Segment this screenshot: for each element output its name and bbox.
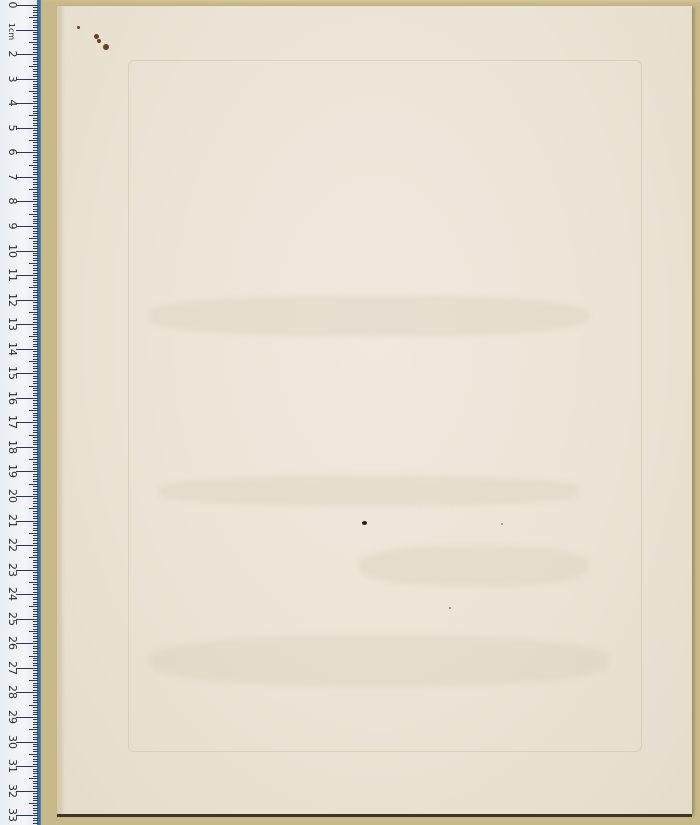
ruler-tick [33,820,38,821]
ruler-tick [33,663,38,664]
ruler-tick [29,680,38,681]
ruler-tick [33,285,38,286]
ruler-label: 13 [5,313,19,335]
ruler-tick [33,57,38,58]
ruler-tick [33,710,38,711]
ruler-tick [33,773,38,774]
ruler-tick [33,449,38,450]
ruler-tick [33,400,38,401]
ruler-label: 4 [5,92,19,114]
ruler-tick [33,27,38,28]
ruler-tick [29,656,38,657]
ruler-tick [33,268,38,269]
ruler-tick [16,79,38,80]
ruler-tick [33,290,38,291]
ruler-tick [16,766,38,767]
ruler-tick [33,206,38,207]
ruler-tick [33,305,38,306]
ruler-tick [33,302,38,303]
ruler-tick [33,793,38,794]
ruler-tick [33,10,38,11]
ruler-tick [33,292,38,293]
ruler-tick [29,287,38,288]
ruler-tick [33,84,38,85]
ruler-tick [29,91,38,92]
ruler-tick [16,717,38,718]
ruler-tick [33,314,38,315]
ruler-tick [16,5,38,6]
ruler-tick [33,430,38,431]
ruler-tick [33,501,38,502]
ruler-tick [29,214,38,215]
ruler-tick [33,253,38,254]
ruler-tick [33,157,38,158]
ruler-tick [33,722,38,723]
ruler-tick [33,236,38,237]
ruler-tick [33,572,38,573]
ruler-label: 2 [5,43,19,65]
ruler-label: 25 [5,608,19,630]
ruler-tick [33,243,38,244]
ruler-tick [33,138,38,139]
ruler-tick [33,216,38,217]
ruler-tick [33,732,38,733]
ruler-tick [29,803,38,804]
ruler-tick [33,415,38,416]
ruler-tick [33,366,38,367]
ruler-tick [33,61,38,62]
ruler-tick [33,64,38,65]
ruler-tick [33,246,38,247]
ruler-tick [33,611,38,612]
ruler-tick [33,746,38,747]
show-through-band [359,546,589,586]
measuring-ruler: 1cm 023456789101112131415161718192021222… [0,0,41,825]
ruler-tick [33,700,38,701]
ruler-tick [33,174,38,175]
ruler-tick [33,584,38,585]
ruler-tick [33,589,38,590]
ruler-label: 17 [5,411,19,433]
ruler-tick [16,251,38,252]
show-through-band [149,636,609,686]
ruler-tick [29,115,38,116]
ruler-tick [33,258,38,259]
ruler-tick [33,474,38,475]
ruler-tick [33,579,38,580]
ruler-tick [33,454,38,455]
ruler-tick [33,587,38,588]
ruler-tick [33,503,38,504]
ruler-tick [33,317,38,318]
ruler-tick [29,386,38,387]
ruler-tick [33,489,38,490]
ruler-label: 18 [5,436,19,458]
ruler-tick [33,346,38,347]
ruler-tick [33,219,38,220]
ruler-tick [33,334,38,335]
ruler-tick [33,344,38,345]
ruler-tick [16,668,38,669]
ruler-tick [33,651,38,652]
ruler-tick [33,565,38,566]
ruler-tick [29,533,38,534]
ruler-tick [33,658,38,659]
ruler-tick [33,34,38,35]
ruler-tick [33,629,38,630]
ruler-tick [33,22,38,23]
ruler-tick [33,673,38,674]
ruler-tick [33,405,38,406]
ruler-label: 29 [5,706,19,728]
ruler-label: 31 [5,755,19,777]
ruler-tick [33,525,38,526]
ruler-tick [33,776,38,777]
ruler-tick [33,727,38,728]
ruler-tick [33,278,38,279]
ruler-tick [33,376,38,377]
ruler-tick [33,690,38,691]
ruler-tick [33,535,38,536]
ruler-tick [33,626,38,627]
ruler-tick [33,513,38,514]
ruler-tick [33,695,38,696]
ruler-tick [33,818,38,819]
ruler-label: 12 [5,289,19,311]
ruler-tick [33,771,38,772]
ruler-tick [33,616,38,617]
ruler-tick [29,557,38,558]
ruler-tick [33,786,38,787]
ruler-tick [33,123,38,124]
ruler-tick [33,147,38,148]
ruler-tick [33,408,38,409]
ruler-tick [33,359,38,360]
ruler-tick [33,98,38,99]
ruler-tick [33,648,38,649]
paper-sheet [57,6,692,814]
ruler-tick [33,356,38,357]
ruler-tick [16,496,38,497]
ruler-tick [29,312,38,313]
ruler-tick [33,621,38,622]
ruler-tick [33,759,38,760]
ruler-tick [33,665,38,666]
ruler-tick [33,653,38,654]
ruler-tick [33,179,38,180]
ruler-tick [33,602,38,603]
ruler-label: 32 [5,780,19,802]
ruler-tick [33,636,38,637]
ruler-tick [33,118,38,119]
ruler-tick [33,248,38,249]
ruler-tick [33,329,38,330]
ruler-label: 0 [5,0,19,16]
ruler-tick [33,469,38,470]
ruler-tick [33,575,38,576]
ruler-label: 22 [5,534,19,556]
ruler-label: 14 [5,338,19,360]
ruler-tick [33,678,38,679]
ruler-tick [33,808,38,809]
ruler-tick [33,209,38,210]
ruler-tick [29,582,38,583]
ink-speck [501,523,503,525]
ruler-tick [33,788,38,789]
ruler-tick [33,523,38,524]
ruler-tick [33,145,38,146]
ruler-tick [16,324,38,325]
ruler-tick [33,599,38,600]
ruler-tick [16,545,38,546]
ruler-tick [16,619,38,620]
ruler-tick [33,467,38,468]
ruler-tick [33,813,38,814]
ruler-tick [16,226,38,227]
ruler-tick [16,275,38,276]
ruler-tick [33,231,38,232]
ruler-tick [33,255,38,256]
foxing-spot [103,44,109,50]
ruler-tick [29,263,38,264]
ruler-tick [33,783,38,784]
show-through-band [159,476,579,506]
ruler-tick [29,729,38,730]
ruler-tick [33,204,38,205]
ruler-label: 27 [5,657,19,679]
ruler-tick [33,592,38,593]
ruler-tick [33,457,38,458]
ruler-tick [33,74,38,75]
ruler-tick [33,172,38,173]
ruler-tick [33,427,38,428]
ruler-tick [33,196,38,197]
ruler-tick [33,309,38,310]
ruler-label: 21 [5,510,19,532]
ruler-tick [33,211,38,212]
ruler-label: 28 [5,681,19,703]
ruler-tick [33,59,38,60]
ruler-tick [33,670,38,671]
ruler-tick [33,403,38,404]
ruler-tick [16,177,38,178]
ruler-tick [33,32,38,33]
ruler-tick [33,327,38,328]
ruler-label: 24 [5,583,19,605]
ruler-tick [33,506,38,507]
ruler-tick [33,660,38,661]
ruler-tick [33,393,38,394]
ruler-tick [16,373,38,374]
ruler-tick [33,597,38,598]
ruler-tick [33,354,38,355]
ruler-tick [33,86,38,87]
ruler-tick [33,567,38,568]
ruler-tick [33,707,38,708]
ruler-tick [33,494,38,495]
ruler-tick [33,319,38,320]
ruler-label: 7 [5,166,19,188]
ruler-label: 33 [5,804,19,825]
ruler-tick [16,692,38,693]
ruler-tick [33,199,38,200]
ruler-tick [33,481,38,482]
ruler-tick [33,233,38,234]
ruler-tick [33,756,38,757]
ruler-tick [33,282,38,283]
ruler-tick [29,336,38,337]
ruler-tick [33,108,38,109]
ruler-tick [33,548,38,549]
ruler-tick [16,447,38,448]
ruler-tick [33,562,38,563]
ruler-tick [33,363,38,364]
ruler-tick [29,17,38,18]
ruler-tick [33,192,38,193]
ruler-tick [33,420,38,421]
ruler-tick [33,378,38,379]
ruler-tick [33,160,38,161]
ruler-tick [33,113,38,114]
ruler-tick [33,307,38,308]
ruler-tick [16,422,38,423]
ruler-tick [33,7,38,8]
ruler-tick [33,764,38,765]
ink-speck [362,521,367,525]
ruler-tick [33,498,38,499]
ruler-tick [33,444,38,445]
ruler-tick [33,675,38,676]
ruler-tick [33,395,38,396]
ruler-tick [29,459,38,460]
ruler-tick [33,462,38,463]
ruler-tick [33,130,38,131]
ruler-tick [16,594,38,595]
ruler-tick [33,769,38,770]
ruler-tick [33,440,38,441]
ruler-tick [33,437,38,438]
ruler-tick [33,737,38,738]
ruler-tick [33,609,38,610]
ruler-tick [16,521,38,522]
ruler-label: 30 [5,731,19,753]
ruler-tick [33,719,38,720]
ruler-tick [33,81,38,82]
ruler-tick [33,646,38,647]
ruler-tick [33,381,38,382]
ruler-tick [33,734,38,735]
ruler-tick [33,641,38,642]
ruler-tick [33,49,38,50]
ruler-tick [33,452,38,453]
ruler-label: 20 [5,485,19,507]
ruler-tick [33,796,38,797]
foxing-spot [97,39,101,43]
ruler-tick [16,128,38,129]
ruler-tick [33,223,38,224]
ruler-tick [33,425,38,426]
ruler-tick [33,749,38,750]
ruler-label: 5 [5,117,19,139]
ruler-tick [33,540,38,541]
ruler-tick [33,12,38,13]
ruler-tick [33,260,38,261]
ruler-tick [33,417,38,418]
ruler-tick [33,71,38,72]
ruler-tick [33,413,38,414]
ink-speck [449,607,451,609]
ruler-tick [33,614,38,615]
ruler-tick [33,751,38,752]
ruler-tick [16,570,38,571]
ruler-tick [29,754,38,755]
ruler-tick [33,184,38,185]
ruler-tick [29,778,38,779]
ruler-tick [33,543,38,544]
ruler-tick [33,106,38,107]
sheet-edge-toning [59,6,65,814]
ruler-tick [29,508,38,509]
ruler-tick [33,550,38,551]
ruler-tick [16,152,38,153]
foxing-spot [77,26,80,29]
ruler-tick [33,383,38,384]
ruler-tick [29,140,38,141]
ruler-tick [33,93,38,94]
ruler-tick [33,76,38,77]
ruler-tick [33,476,38,477]
ruler-tick [33,683,38,684]
ruler-tick [33,633,38,634]
ruler-tick [33,491,38,492]
ruler-tick [33,798,38,799]
ruler-tick [29,606,38,607]
ruler-tick [33,530,38,531]
ruler-tick [16,643,38,644]
ruler-tick [33,368,38,369]
ruler-label: 9 [5,215,19,237]
ruler-tick [33,15,38,16]
ruler-tick [33,577,38,578]
ruler-tick [33,297,38,298]
ruler-tick [33,724,38,725]
ruler-tick [33,120,38,121]
ruler-label: 6 [5,141,19,163]
ruler-tick [29,361,38,362]
ruler-tick [33,638,38,639]
ruler-label: 10 [5,240,19,262]
ruler-tick [33,37,38,38]
ruler-tick [16,30,38,31]
ruler-tick [33,486,38,487]
ruler-tick [16,103,38,104]
ruler-tick [33,712,38,713]
ruler-tick [33,604,38,605]
ruler-tick [29,435,38,436]
ruler-label: 11 [5,264,19,286]
ruler-label: 8 [5,190,19,212]
ruler-tick [33,341,38,342]
ruler-tick [33,687,38,688]
ruler-tick [33,464,38,465]
ruler-tick [33,39,38,40]
ruler-tick [33,744,38,745]
ruler-tick [33,800,38,801]
ruler-tick [29,410,38,411]
ruler-label: 15 [5,362,19,384]
ruler-tick [33,339,38,340]
ruler-tick [16,471,38,472]
